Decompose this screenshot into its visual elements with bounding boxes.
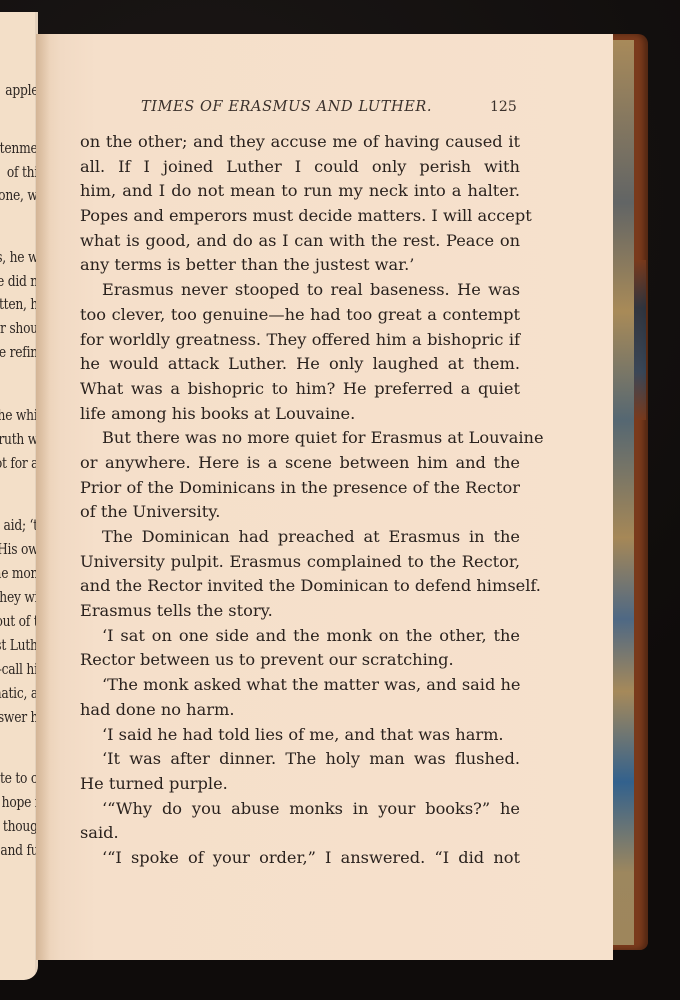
text-line: Popes and emperors must decide matters. …	[80, 204, 520, 229]
text-line: said.	[80, 821, 520, 846]
text-line: all. If I joined Luther I could only per…	[80, 155, 520, 180]
text-line: he would attack Luther. He only laughed …	[80, 352, 520, 377]
text-line: ‘I said he had told lies of me, and that…	[80, 723, 520, 748]
left-page-text-fragment: g, thoug	[0, 817, 38, 835]
left-page-text-fragment: not for a	[0, 454, 38, 472]
text-line: on the other; and they accuse me of havi…	[80, 130, 520, 155]
text-line: had done no harm.	[80, 698, 520, 723]
text-line: ‘The monk asked what the matter was, and…	[80, 673, 520, 698]
left-page-text-fragment: answer h	[0, 708, 38, 726]
left-page-text-fragment: aid; ‘t	[4, 516, 38, 534]
text-line: Rector between us to prevent our scratch…	[80, 648, 520, 673]
left-page: applentenmeof thilone, ws, he we did nri…	[0, 12, 38, 980]
left-page-text-fragment: apple	[5, 81, 38, 99]
text-line: ‘I sat on one side and the monk on the o…	[80, 624, 520, 649]
text-line: He turned purple.	[80, 772, 520, 797]
left-page-text-fragment: of thi	[7, 163, 38, 181]
left-page-text-fragment: the whi	[0, 406, 38, 424]
text-line: him, and I do not mean to run my neck in…	[80, 179, 520, 204]
left-page-text-fragment: s, he w	[0, 248, 38, 266]
gutter-shadow	[36, 34, 50, 960]
text-line: too clever, too genuine—he had too great…	[80, 303, 520, 328]
text-line: Erasmus tells the story.	[80, 599, 520, 624]
left-page-text-fragment: truth w	[0, 430, 38, 448]
text-line: life among his books at Louvaine.	[80, 402, 520, 427]
text-line: But there was no more quiet for Erasmus …	[80, 426, 520, 451]
left-page-text-fragment: e and fu	[0, 841, 38, 859]
body-text: on the other; and they accuse me of havi…	[80, 130, 520, 871]
text-line: ‘“Why do you abuse monks in your books?”…	[80, 797, 520, 822]
left-page-text-fragment: lone, w	[0, 186, 38, 204]
left-page-text-fragment: no hope i	[0, 793, 38, 811]
text-line: University pulpit. Erasmus complained to…	[80, 550, 520, 575]
text-line: what is good, and do as I can with the r…	[80, 229, 520, 254]
text-line: and the Rector invited the Dominican to …	[80, 574, 520, 599]
left-page-text-fragment: His ow	[0, 540, 38, 558]
text-line: of the University.	[80, 500, 520, 525]
text-line: or anywhere. Here is a scene between him…	[80, 451, 520, 476]
text-line: for worldly greatness. They offered him …	[80, 328, 520, 353]
marbled-fore-edge	[612, 40, 634, 945]
left-page-text-fragment: the mon	[0, 564, 38, 582]
left-page-text-fragment: natic, a	[0, 684, 38, 702]
running-head: TIMES OF ERASMUS AND LUTHER.	[141, 99, 521, 115]
left-page-text-fragment: ritten, h	[0, 295, 38, 313]
left-page-text-fragment: out of t	[0, 612, 38, 630]
left-page-text-fragment: ntenme	[0, 139, 38, 157]
text-line: What was a bishopric to him? He preferre…	[80, 377, 520, 402]
text-line: The Dominican had preached at Erasmus in…	[80, 525, 520, 550]
text-line: Erasmus never stooped to real baseness. …	[80, 278, 520, 303]
text-line: Prior of the Dominicans in the presence …	[80, 476, 520, 501]
page-number: 125	[490, 99, 517, 115]
left-page-text-fragment: They wi	[0, 588, 38, 606]
left-page-text-fragment: rote to o	[0, 769, 38, 787]
left-page-text-fragment: he refin	[0, 343, 38, 361]
left-page-text-fragment: —call hi	[0, 660, 38, 678]
marbled-fore-edge-accent	[634, 260, 646, 420]
text-line: any terms is better than the justest war…	[80, 253, 520, 278]
left-page-text-fragment: e did n	[0, 272, 38, 290]
left-page-text-fragment: st Luth	[0, 636, 38, 654]
left-page-text-fragment: or shou	[0, 319, 38, 337]
text-line: ‘It was after dinner. The holy man was f…	[80, 747, 520, 772]
text-line: ‘“I spoke of your order,” I answered. “I…	[80, 846, 520, 871]
